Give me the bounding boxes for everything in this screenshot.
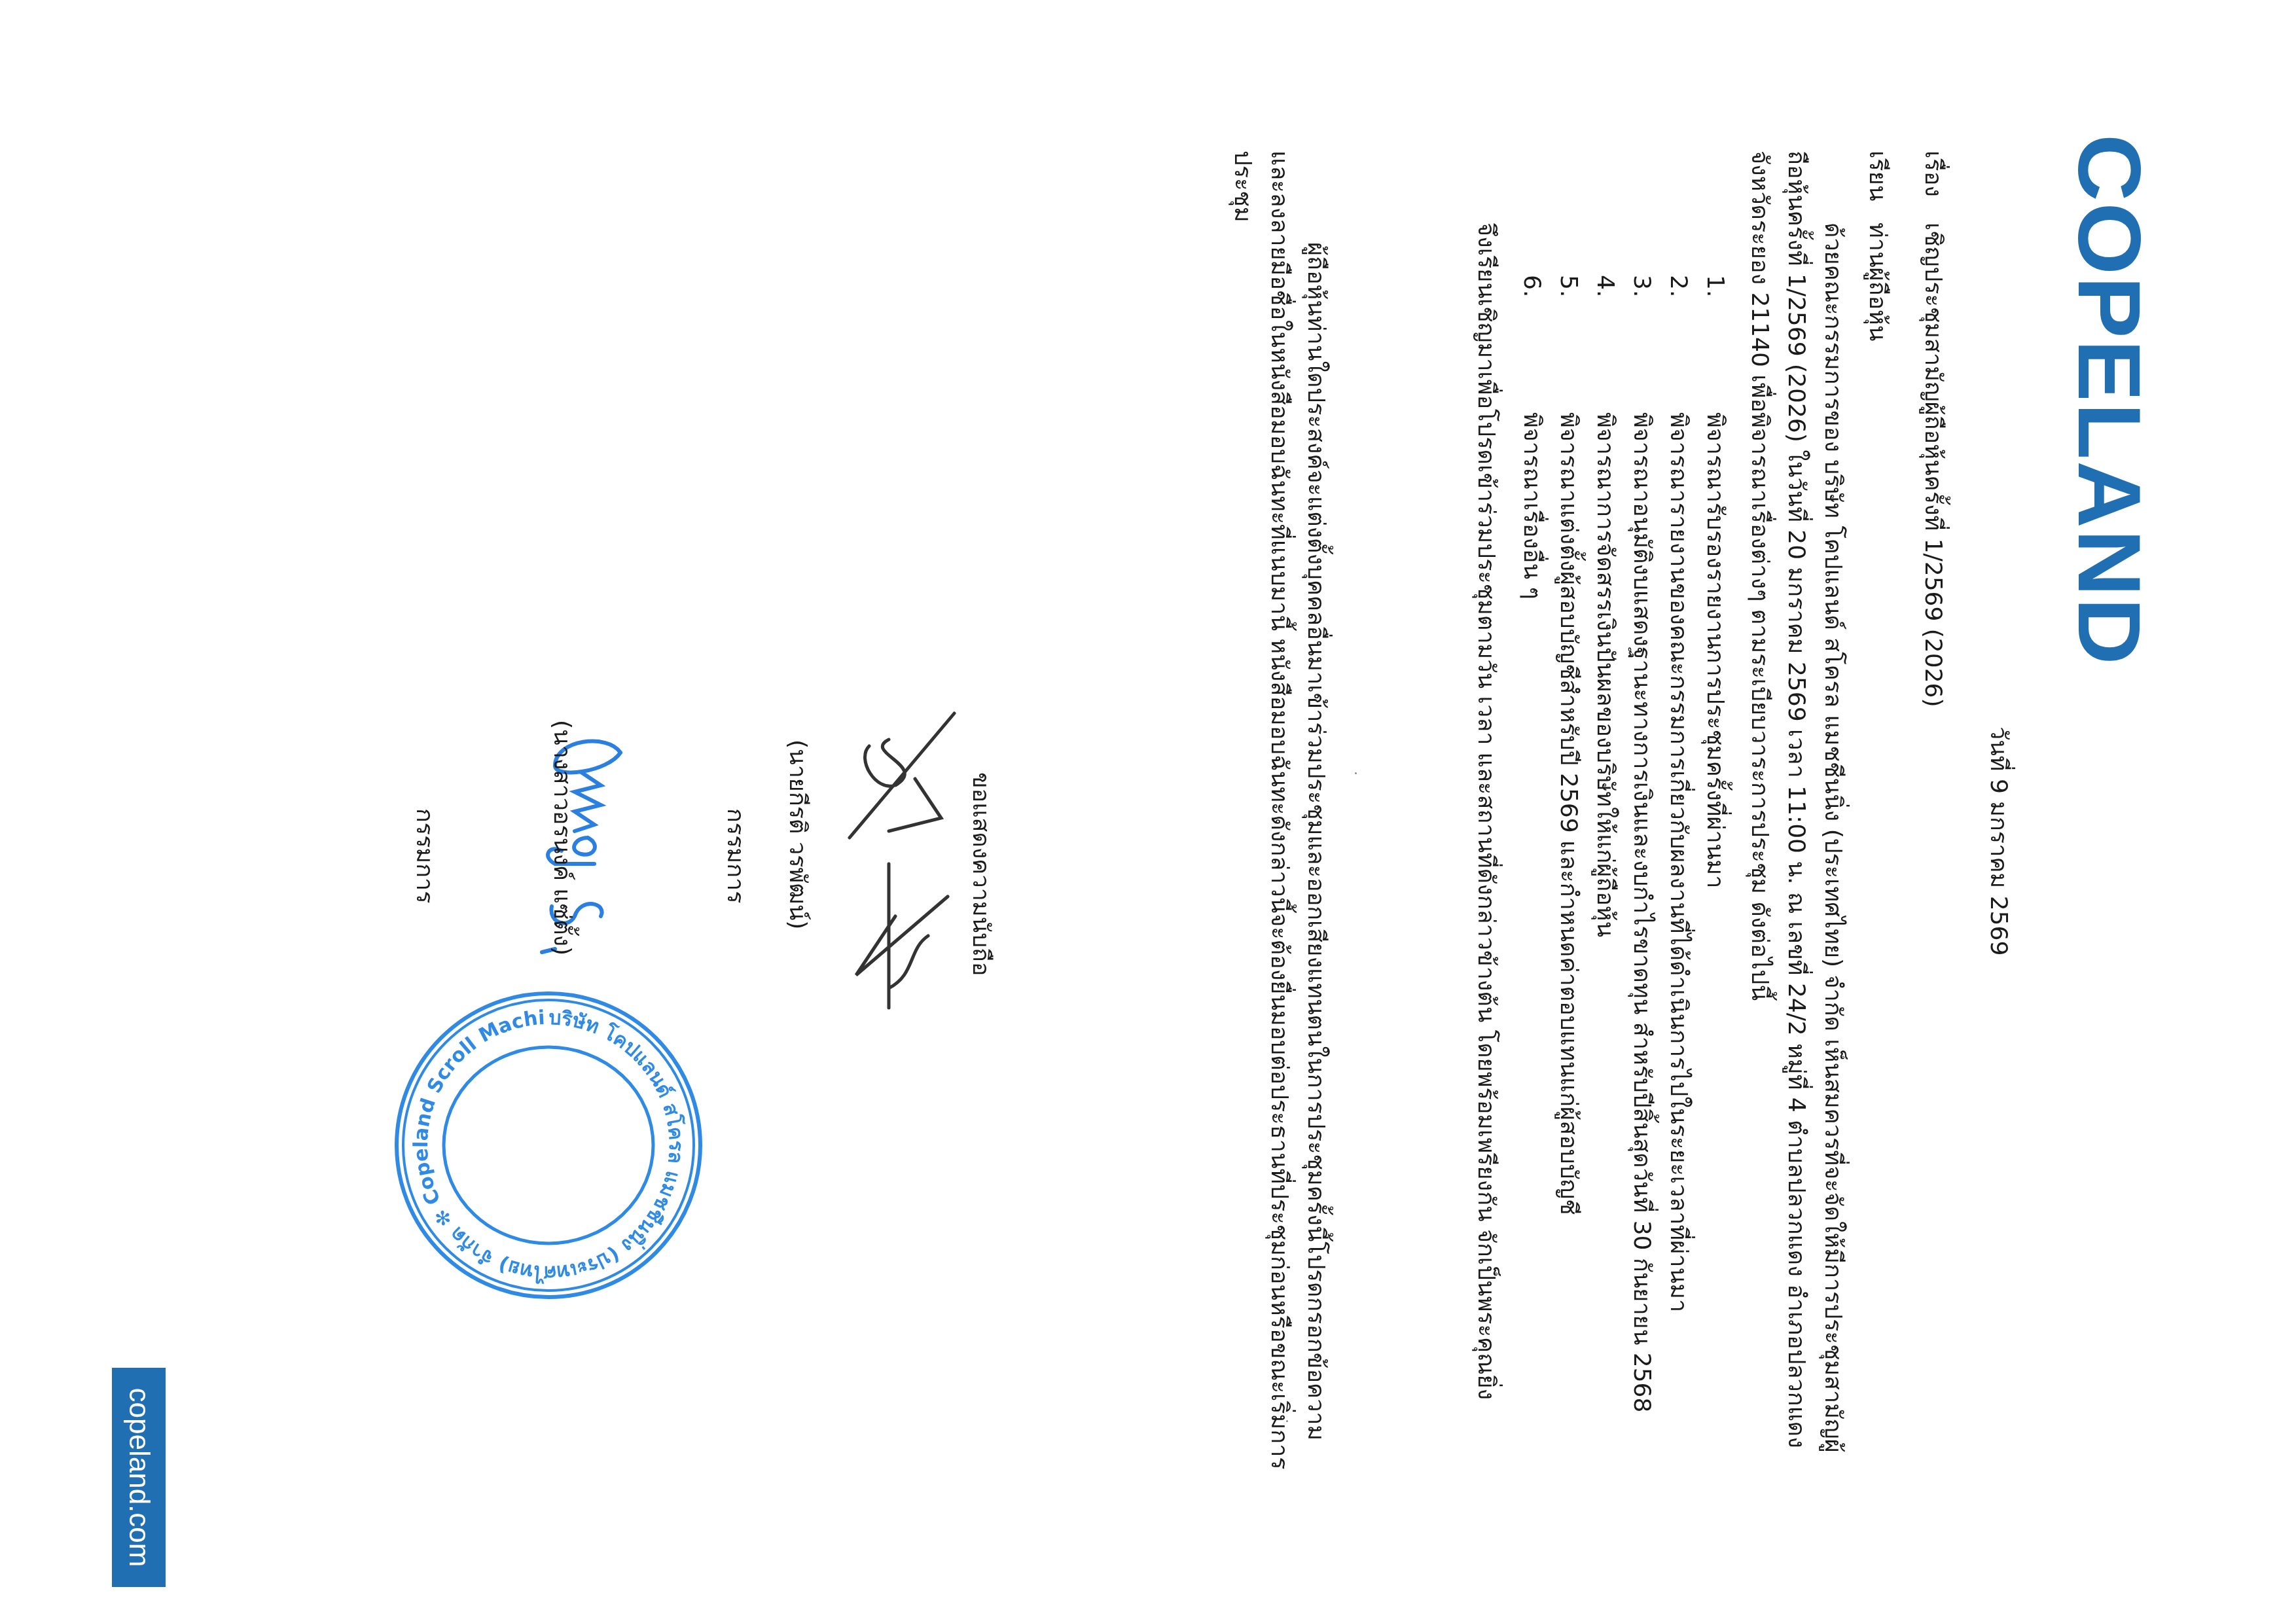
proxy-note-text: ผู้ถือหุ้นท่านใดประสงค์จะแต่งตั้งบุคคลอื… bbox=[1229, 151, 1329, 1470]
subject-line: เรื่อง เชิญประชุมสามัญผู้ถือหุ้นครั้งที่… bbox=[1915, 151, 1952, 707]
agenda-text: พิจารณาอนุมัติงบแสดงฐานะทางการเงินและงบก… bbox=[1623, 412, 1660, 1412]
copeland-logo: COPELAND bbox=[2065, 134, 2153, 666]
signer-2-title: กรรมการ bbox=[406, 808, 444, 904]
agenda-number: 2. bbox=[1660, 275, 1696, 412]
agenda-text: พิจารณาเรื่องอื่น ๆ bbox=[1513, 412, 1550, 599]
scan-artifact bbox=[1286, 1420, 1288, 1422]
scan-artifact bbox=[1355, 772, 1357, 774]
invitation-text: จึงเรียนเชิญมาเพื่อโปรดเข้าร่วมประชุมตาม… bbox=[1473, 223, 1499, 1400]
salutation-line: เรียน ท่านผู้ถือหุ้น bbox=[1859, 151, 1897, 341]
subject-text: เชิญประชุมสามัญผู้ถือหุ้นครั้งที่ 1/2569… bbox=[1915, 223, 1952, 707]
signature-1 bbox=[836, 700, 967, 1014]
signer-1-title: กรรมการ bbox=[717, 808, 755, 904]
letter-date: วันที่ 9 มกราคม 2569 bbox=[1981, 726, 2018, 955]
agenda-number: 1. bbox=[1696, 275, 1733, 412]
agenda-item: 3.พิจารณาอนุมัติงบแสดงฐานะทางการเงินและง… bbox=[1623, 275, 1660, 1518]
invitation-paragraph: จึงเรียนเชิญมาเพื่อโปรดเข้าร่วมประชุมตาม… bbox=[1467, 151, 1504, 1479]
agenda-number: 4. bbox=[1587, 275, 1623, 412]
agenda-number: 5. bbox=[1550, 275, 1587, 412]
agenda-text: พิจารณาแต่งตั้งผู้สอบบัญชีสำหรับปี 2569 … bbox=[1550, 412, 1587, 1215]
agenda-item: 2.พิจารณารายงานของคณะกรรมการเกี่ยวกับผลง… bbox=[1660, 275, 1696, 1518]
agenda-number: 3. bbox=[1623, 275, 1660, 412]
agenda-text: พิจารณารายงานของคณะกรรมการเกี่ยวกับผลงาน… bbox=[1660, 412, 1696, 1312]
agenda-item: 1.พิจารณารับรองรายงานการประชุมครั้งที่ผ่… bbox=[1696, 275, 1733, 1518]
closing: ขอแสดงความนับถือ bbox=[963, 772, 1000, 976]
website-badge: copeland.com bbox=[112, 1368, 166, 1587]
agenda-item: 4.พิจารณาการจัดสรรเงินปันผลของบริษัทให้แ… bbox=[1587, 275, 1623, 1518]
agenda-number: 6. bbox=[1513, 275, 1550, 412]
salutation-label: เรียน bbox=[1859, 151, 1897, 223]
signer-2-name: (นางสาวอรนงค์ แซ่ตั้ง) bbox=[544, 720, 581, 955]
agenda-item: 5.พิจารณาแต่งตั้งผู้สอบบัญชีสำหรับปี 256… bbox=[1550, 275, 1587, 1518]
agenda-text: พิจารณาการจัดสรรเงินปันผลของบริษัทให้แก่… bbox=[1587, 412, 1623, 937]
agenda-item: 6.พิจารณาเรื่องอื่น ๆ bbox=[1513, 275, 1550, 1518]
company-seal-stamp: บริษัท โคปแลนด์ สโครล แมชชีนนิ่ง (ประเทศ… bbox=[385, 982, 712, 1309]
agenda-text: พิจารณารับรองรายงานการประชุมครั้งที่ผ่าน… bbox=[1696, 412, 1733, 888]
agenda-list: 1.พิจารณารับรองรายงานการประชุมครั้งที่ผ่… bbox=[1513, 275, 1733, 1518]
proxy-note: ผู้ถือหุ้นท่านใดประสงค์จะแต่งตั้งบุคคลอื… bbox=[1224, 151, 1334, 1479]
body-text: ด้วยคณะกรรมการของ บริษัท โคปแลนด์ สโครล … bbox=[1746, 151, 1846, 1453]
subject-label: เรื่อง bbox=[1915, 151, 1952, 223]
letter-page: COPELAND วันที่ 9 มกราคม 2569 เรื่อง เชิ… bbox=[0, 0, 2296, 1623]
signer-1-name: (นายกีรติ วรพัฒน์) bbox=[780, 740, 817, 929]
salutation-text: ท่านผู้ถือหุ้น bbox=[1859, 223, 1897, 341]
body-paragraph: ด้วยคณะกรรมการของ บริษัท โคปแลนด์ สโครล … bbox=[1741, 151, 1851, 1479]
